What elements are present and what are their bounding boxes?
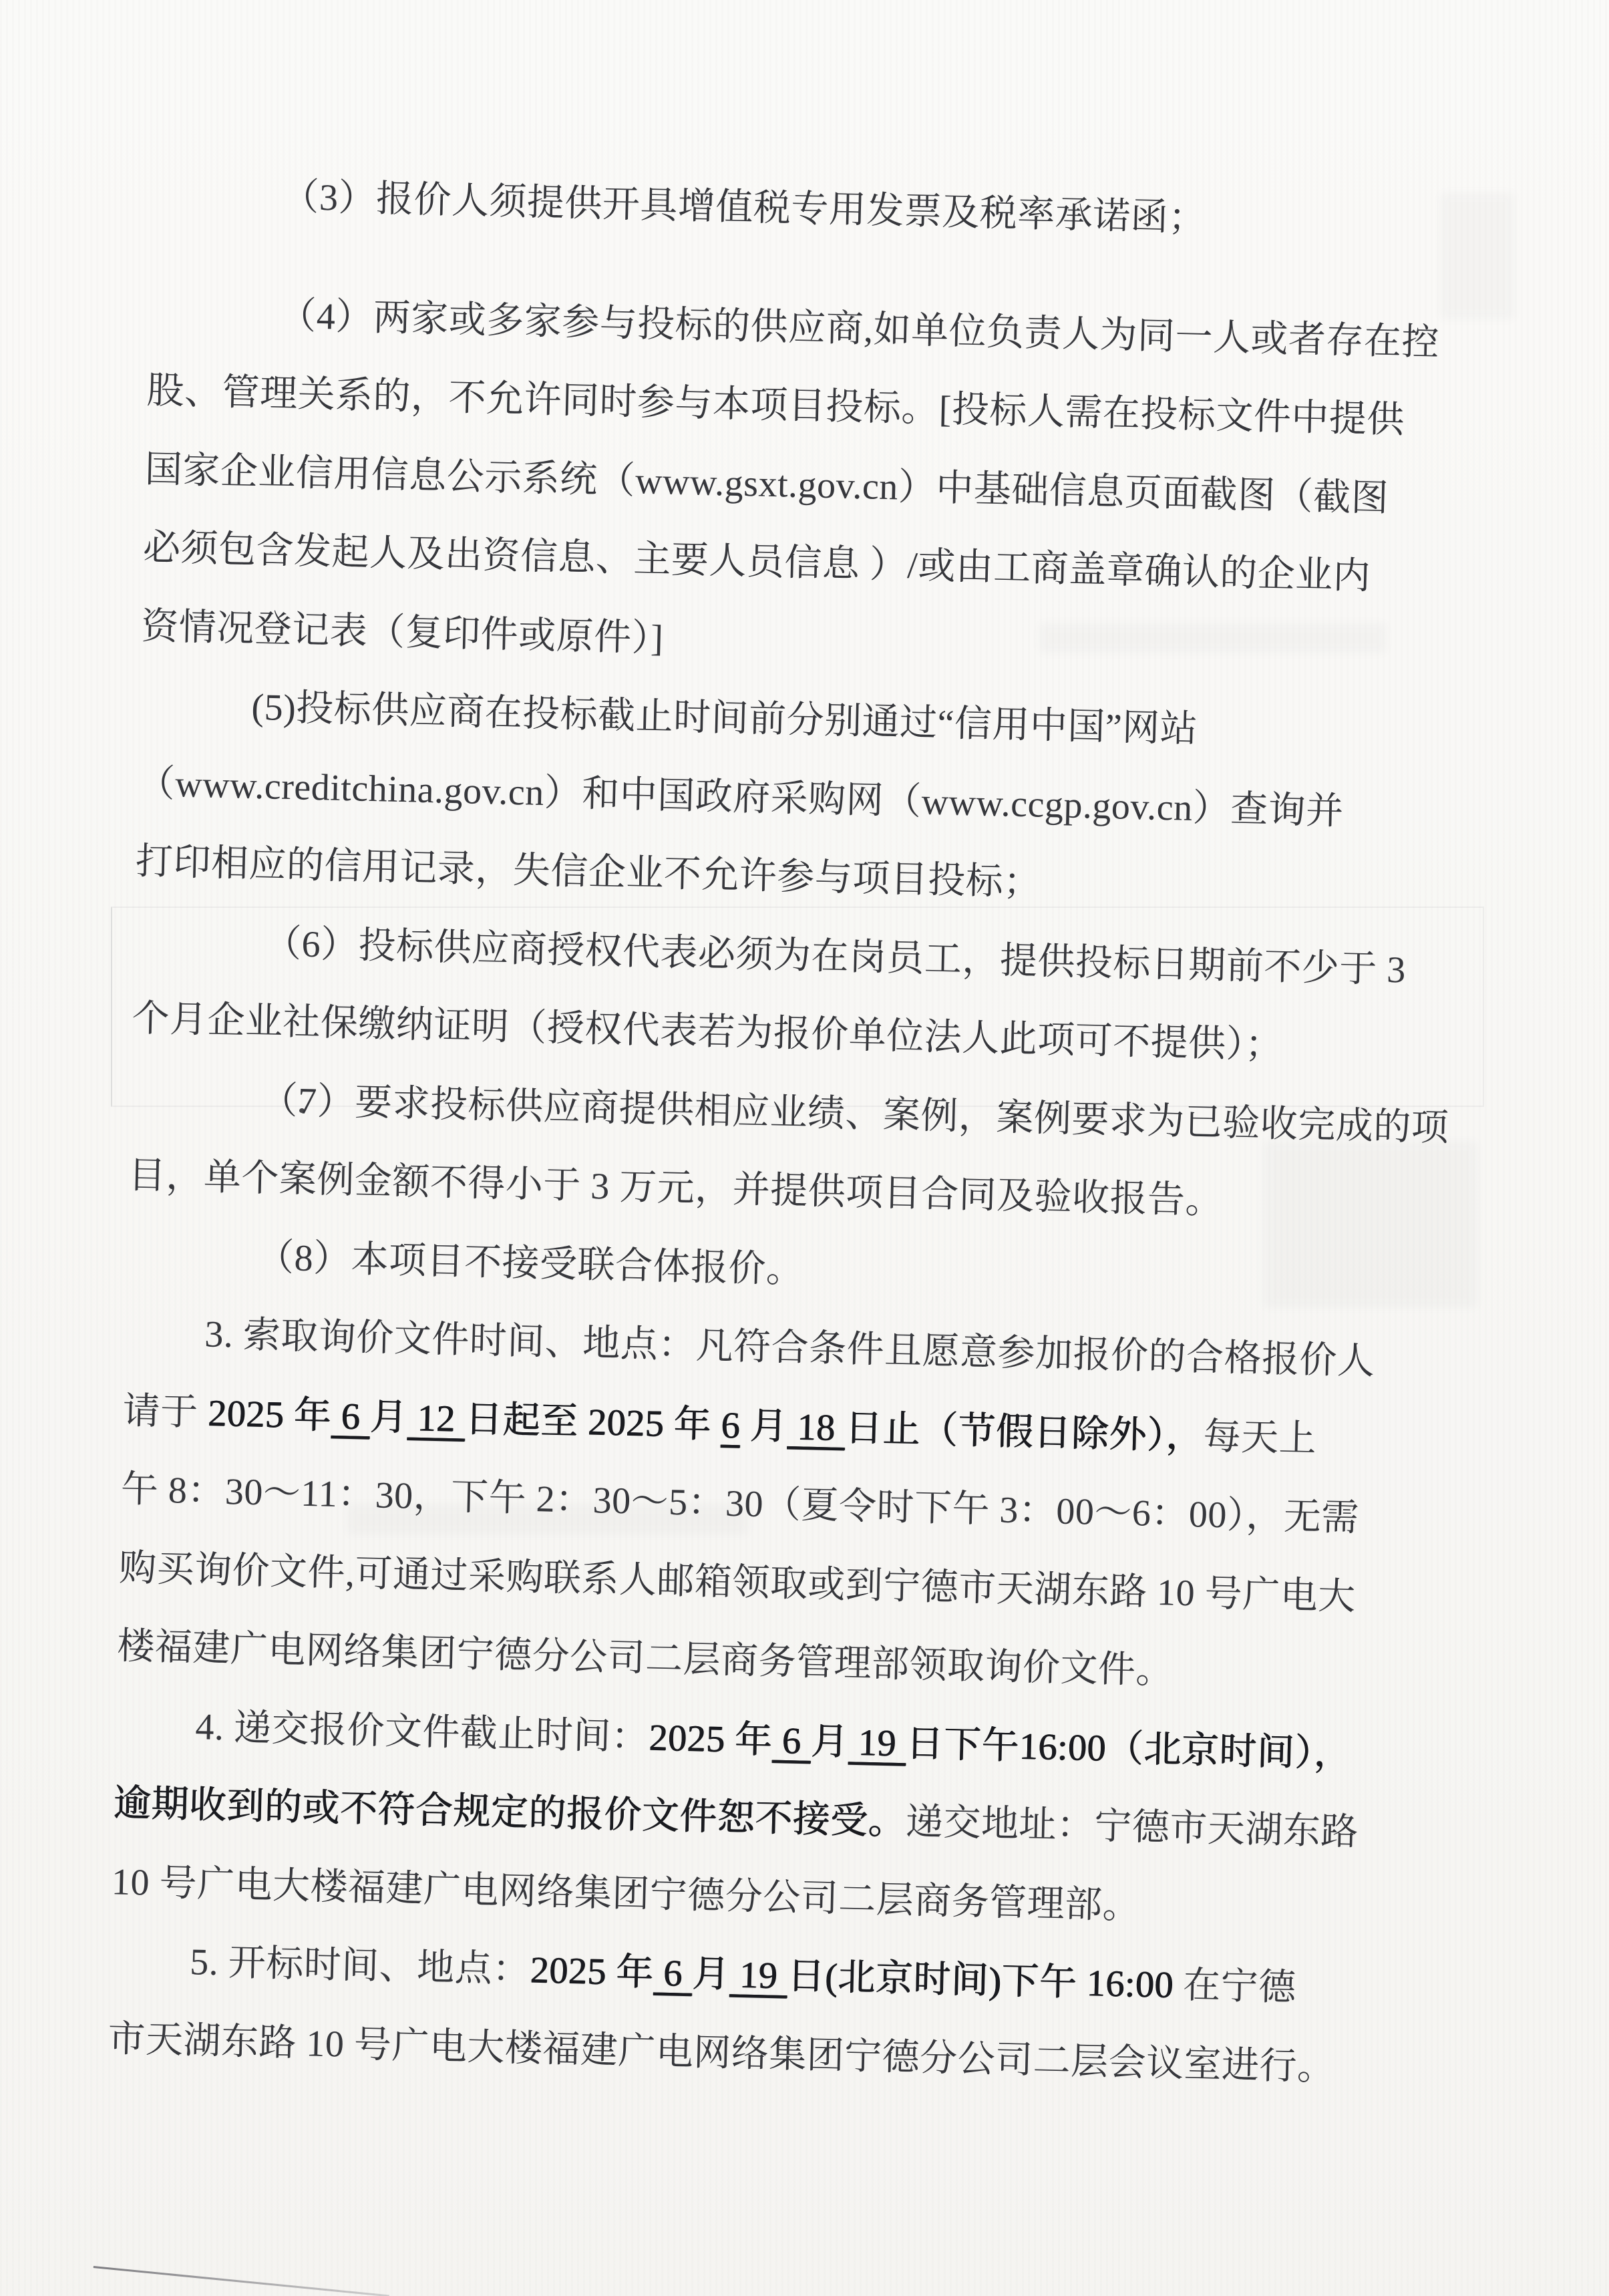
text-segment: 月 xyxy=(369,1396,408,1438)
text-segment: 逾期收到的或不符合规定的报价文件恕不接受。 xyxy=(113,1782,906,1842)
text-segment: 资情况登记表（复印件或原件）] xyxy=(141,605,664,659)
text-segment: 必须包含发起人及出资信息、主要人员信息 ）/或由工商盖章确认的企业内 xyxy=(142,527,1371,597)
scanned-page: （3）报价人须提供开具增值税专用发票及税率承诺函；（4）两家或多家参与投标的供应… xyxy=(0,0,1609,2296)
text-segment: 18 xyxy=(787,1406,845,1448)
text-segment: 月 xyxy=(810,1720,849,1762)
text-segment: 19 xyxy=(848,1721,906,1764)
text-segment: 6 xyxy=(721,1404,741,1446)
text-segment: 10 号广电大楼福建广电网络集团宁德分公司二层商务管理部。 xyxy=(111,1861,1141,1927)
text-segment: 股、管理关系的，不允许同时参与本项目投标。[投标人需在投标文件中提供 xyxy=(146,370,1405,441)
text-segment: （8）本项目不接受联合体报价。 xyxy=(256,1237,804,1291)
text-segment: 国家企业信用信息公示系统（www.gsxt.gov.cn）中基础信息页面截图（截… xyxy=(144,448,1389,519)
text-segment: 目，单个案例金额不得小于 3 万元，并提供项目合同及验收报告。 xyxy=(128,1155,1224,1222)
text-segment: 日下午16:00（北京时间）， xyxy=(906,1723,1352,1775)
text-segment: 日止（节假日除外）， xyxy=(844,1407,1204,1457)
text-segment: (5)投标供应商在投标截止时间前分别通过“信用中国”网站 xyxy=(251,687,1198,750)
text-segment: 2025 年 xyxy=(649,1717,773,1761)
text-segment: 5. 开标时间、地点： xyxy=(190,1941,531,1991)
text-segment: 日起至 2025 年 xyxy=(464,1398,721,1446)
text-segment: 请于 xyxy=(122,1390,208,1434)
text-segment: 4. 递交报价文件截止时间： xyxy=(195,1706,649,1758)
text-segment: 月 xyxy=(739,1405,787,1448)
text-segment: 6 xyxy=(331,1395,370,1437)
text-segment: （www.creditchina.gov.cn）和中国政府采购网（www.ccg… xyxy=(137,762,1344,832)
text-segment: 6 xyxy=(653,1952,693,1994)
text-segment: 每天上 xyxy=(1203,1416,1317,1460)
text-segment: （3）报价人须提供开具增值税专用发票及税率承诺函； xyxy=(281,176,1207,240)
text-segment: 楼福建广电网络集团宁德分公司二层商务管理部领取询价文件。 xyxy=(117,1625,1174,1691)
text-segment: （4）两家或多家参与投标的供应商,如单位负责人为同一人或者存在控 xyxy=(279,295,1440,363)
text-segment: 递交地址：宁德市天湖东路 xyxy=(905,1801,1359,1853)
text-segment: 市天湖东路 10 号广电大楼福建广电网络集团宁德分公司二层会议室进行。 xyxy=(108,2018,1335,2088)
text-segment: 购买询价文件,可通过采购联系人邮箱领取或到宁德市天湖东路 10 号广电大 xyxy=(118,1547,1356,1618)
text-segment: 打印相应的信用记录，失信企业不允许参与项目投标； xyxy=(135,841,1041,904)
text-segment: 午 8：30～11：30，下午 2：30～5：30（夏令时下午 3：00～6：0… xyxy=(120,1468,1359,1539)
text-segment: 2025 年 xyxy=(530,1949,654,1993)
text-segment: （7）要求投标供应商提供相应业绩、案例，案例要求为已验收完成的项 xyxy=(260,1080,1449,1149)
text-segment: 6 xyxy=(772,1719,812,1762)
text-segment: （6）投标供应商授权代表必须为在岗员工，提供投标日期前不少于 3 xyxy=(264,923,1407,991)
text-segment: 个月企业社保缴纳证明（授权代表若为报价单位法人此项可不提供）； xyxy=(132,998,1283,1067)
paper-edge-line xyxy=(94,2266,389,2296)
text-segment: 日(北京时间)下午 16:00 xyxy=(787,1955,1184,2006)
text-line: （3）报价人须提供开具增值税专用发票及税率承诺函； xyxy=(150,155,1486,265)
text-segment: 2025 年 xyxy=(207,1392,331,1436)
document-lines: （3）报价人须提供开具增值税专用发票及税率承诺函；（4）两家或多家参与投标的供应… xyxy=(107,155,1486,2110)
text-segment: 月 xyxy=(691,1953,730,1995)
text-segment: 12 xyxy=(407,1397,465,1440)
text-segment: 19 xyxy=(729,1954,787,1997)
text-segment: 3. 索取询价文件时间、地点：凡符合条件且愿意参加报价的合格报价人 xyxy=(204,1313,1375,1382)
text-segment: 在宁德 xyxy=(1183,1965,1297,2009)
